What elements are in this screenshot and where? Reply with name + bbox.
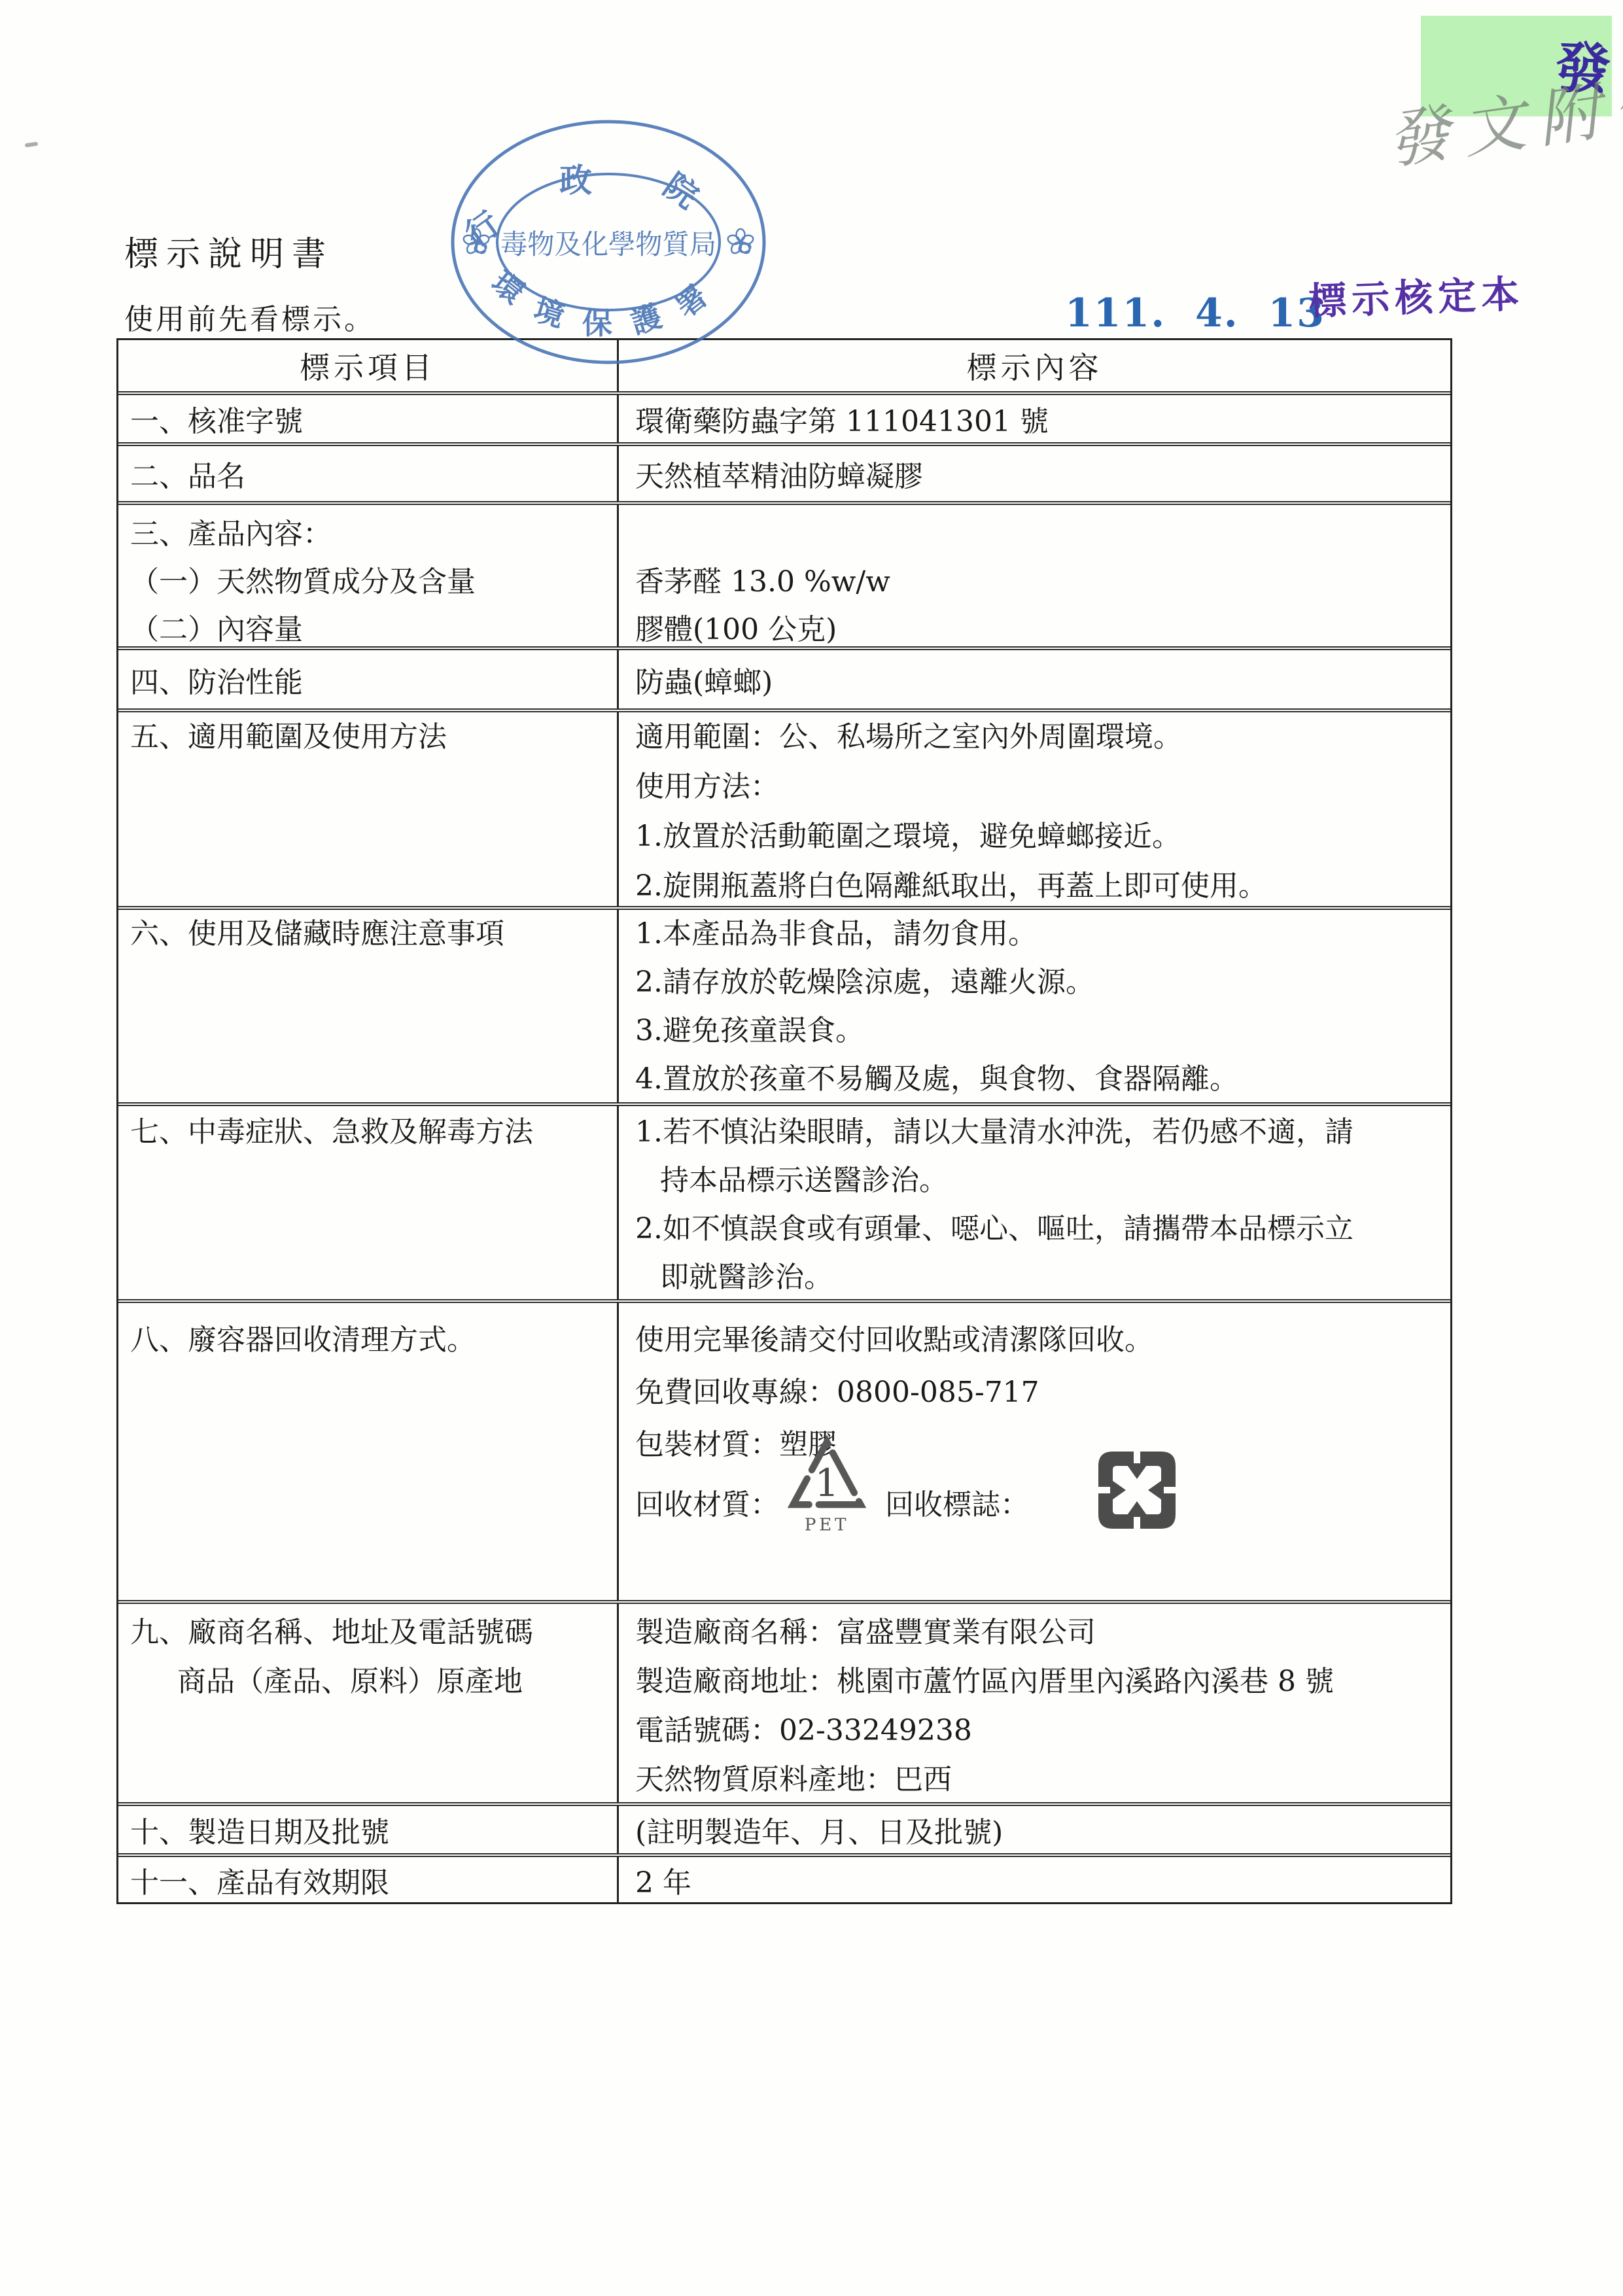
table-row-product-name: 二、品名 天然植萃精油防蟑凝膠: [118, 442, 1450, 501]
table-row-control-efficacy: 四、防治性能 防蟲(蟑螂): [118, 646, 1450, 708]
row-content-value: 防蟲(蟑螂): [619, 650, 1450, 708]
scanned-document-page: 標示說明書 使用前先看標示。 行政院 環境保護署 毒物及化學物質局: [0, 0, 1623, 2296]
table-row-manufacture-date-batch: 十、製造日期及批號 (註明製造年、月、日及批號): [118, 1802, 1450, 1853]
table-row-product-contents: 三、產品內容： （一）天然物質成分及含量 （二）內容量 香茅醛 13.0 %w/…: [118, 501, 1450, 646]
row-item-label: 六、使用及儲藏時應注意事項: [118, 910, 619, 1102]
svg-text:環境保護署: 環境保護署: [485, 264, 732, 341]
row-item-label: 三、產品內容： （一）天然物質成分及含量 （二）內容量: [118, 505, 619, 646]
svg-text:1: 1: [814, 1461, 839, 1505]
row-content-value: 環衛藥防蟲字第 111041301 號: [619, 395, 1450, 442]
stamp-center-text: 毒物及化學物質局: [500, 228, 716, 260]
row-content-value: 適用範圍：公、私場所之室內外周圍環境。 使用方法： 1.放置於活動範圍之環境，避…: [619, 712, 1450, 906]
row-item-label: 十、製造日期及批號: [118, 1806, 619, 1853]
label-specification-table: 標示項目 標示內容 一、核准字號 環衛藥防蟲字第 111041301 號 二、品…: [116, 338, 1452, 1904]
row-item-label: 九、廠商名稱、地址及電話號碼 商品（產品、原料）原產地: [118, 1604, 619, 1802]
label-approved-stamp: 標示核定本: [1308, 263, 1526, 325]
row-item-label: 二、品名: [118, 446, 619, 501]
table-row-storage-precautions: 六、使用及儲藏時應注意事項 1.本產品為非食品，請勿食用。 2.請存放於乾燥陰涼…: [118, 906, 1450, 1102]
row-content-value: 製造廠商名稱：富盛豐實業有限公司 製造廠商地址：桃園市蘆竹區內厝里內溪路內溪巷 …: [619, 1604, 1450, 1802]
row-content-value: 1.若不慎沾染眼睛，請以大量清水沖洗，若仍感不適，請 持本品標示送醫診治。 2.…: [619, 1106, 1450, 1299]
row-content-value: 1.本產品為非食品，請勿食用。 2.請存放於乾燥陰涼處，遠離火源。 3.避免孩童…: [619, 910, 1450, 1102]
svg-text:PET: PET: [805, 1516, 849, 1535]
row-item-label: 十一、產品有效期限: [118, 1857, 619, 1902]
table-row-container-recycling: 八、廢容器回收清理方式。 使用完畢後請交付回收點或清潔隊回收。 免費回收專線：0…: [118, 1299, 1450, 1600]
row-item-label: 八、廢容器回收清理方式。: [118, 1303, 619, 1600]
row-item-label: 五、適用範圍及使用方法: [118, 712, 619, 906]
row-item-label: 七、中毒症狀、急救及解毒方法: [118, 1106, 619, 1299]
row-content-value: 2 年: [619, 1857, 1450, 1902]
pet-1-recycle-triangle-icon: 1 PET: [787, 1435, 867, 1538]
recycle-material-label: 回收材質：: [635, 1484, 779, 1533]
recycle-mark-label: 回收標誌：: [885, 1484, 1029, 1533]
table-row-manufacturer-info: 九、廠商名稱、地址及電話號碼 商品（產品、原料）原產地 製造廠商名稱：富盛豐實業…: [118, 1600, 1450, 1802]
table-row-poisoning-first-aid: 七、中毒症狀、急救及解毒方法 1.若不慎沾染眼睛，請以大量清水沖洗，若仍感不適，…: [118, 1102, 1450, 1299]
agency-seal-icon: 行政院 環境保護署 毒物及化學物質局: [449, 118, 768, 366]
scan-artifact-mark: [25, 142, 39, 148]
row-content-value: 天然植萃精油防蟑凝膠: [619, 446, 1450, 501]
table-header-row: 標示項目 標示內容: [118, 340, 1450, 391]
row-item-label: 四、防治性能: [118, 650, 619, 708]
row-content-value: 香茅醛 13.0 %w/w 膠體(100 公克): [619, 505, 1450, 646]
stamp-arc-bottom-text: 環境保護署: [485, 264, 732, 341]
table-row-shelf-life: 十一、產品有效期限 2 年: [118, 1853, 1450, 1902]
taiwan-recycling-arrows-icon: [1088, 1441, 1186, 1539]
table-row-usage-scope-method: 五、適用範圍及使用方法 適用範圍：公、私場所之室內外周圍環境。 使用方法： 1.…: [118, 708, 1450, 906]
row-content-value: 使用完畢後請交付回收點或清潔隊回收。 免費回收專線：0800-085-717 包…: [619, 1303, 1450, 1600]
page-subtitle: 使用前先看標示。: [124, 296, 375, 338]
row-content-value: (註明製造年、月、日及批號): [619, 1806, 1450, 1853]
page-title: 標示說明書: [124, 226, 334, 275]
recycle-icons-line: 回收材質： 1 PET 回收標誌：: [635, 1480, 1450, 1533]
approval-date-stamp: 111. 4. 13: [1065, 290, 1325, 336]
table-row-approval-number: 一、核准字號 環衛藥防蟲字第 111041301 號: [118, 391, 1450, 442]
row-item-label: 一、核准字號: [118, 395, 619, 442]
